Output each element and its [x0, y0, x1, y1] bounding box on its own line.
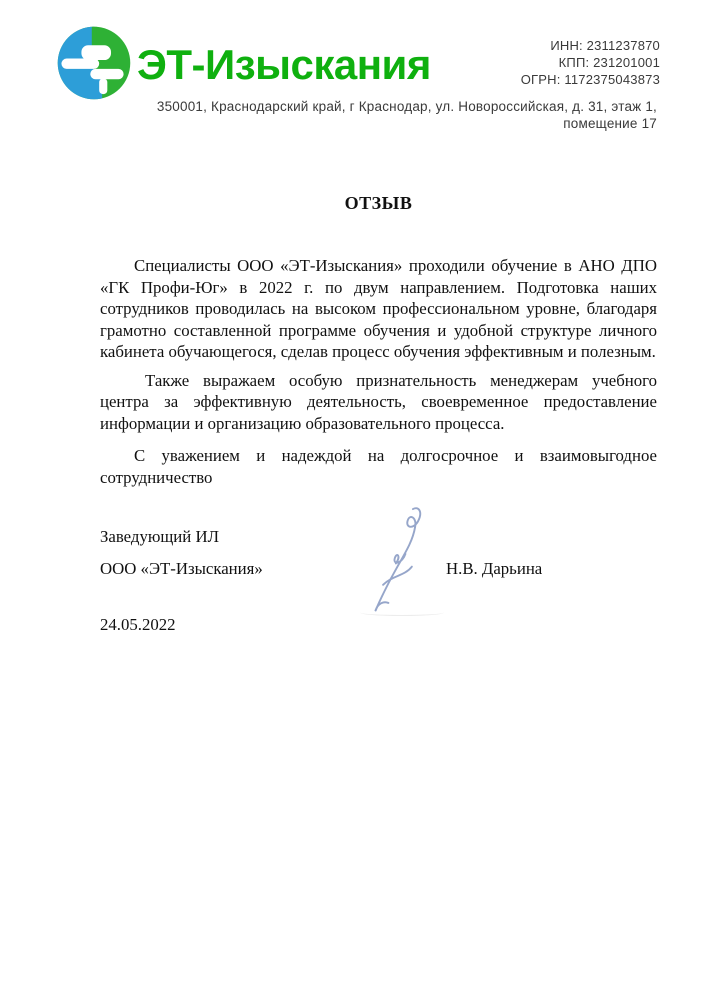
paragraph-3: С уважением и надеждой на долгосрочное и… [100, 445, 657, 488]
paragraph-2: Также выражаем особую признательность ме… [100, 370, 657, 435]
company-logo-icon [57, 26, 131, 100]
document-date: 24.05.2022 [100, 615, 176, 635]
brand-name: ЭТ-Изыскания [137, 36, 497, 94]
signatory-position: Заведующий ИЛ [100, 527, 219, 547]
document-title: ОТЗЫВ [100, 193, 657, 214]
document-page: ЭТ-Изыскания ИНН: 2311237870 КПП: 231201… [0, 0, 707, 1000]
company-registration: ИНН: 2311237870 КПП: 231201001 ОГРН: 117… [521, 37, 660, 88]
signature-underline [360, 609, 444, 616]
handwritten-signature-icon [366, 497, 430, 615]
signatory-name: Н.В. Дарьина [446, 559, 542, 579]
kpp-line: КПП: 231201001 [521, 54, 660, 71]
ogrn-line: ОГРН: 1172375043873 [521, 71, 660, 88]
inn-line: ИНН: 2311237870 [521, 37, 660, 54]
review-body: Специалисты ООО «ЭТ-Изыскания» проходили… [100, 255, 657, 495]
signatory-company: ООО «ЭТ-Изыскания» [100, 559, 263, 579]
company-address: 350001, Краснодарский край, г Краснодар,… [100, 99, 657, 132]
paragraph-1: Специалисты ООО «ЭТ-Изыскания» проходили… [100, 255, 657, 363]
